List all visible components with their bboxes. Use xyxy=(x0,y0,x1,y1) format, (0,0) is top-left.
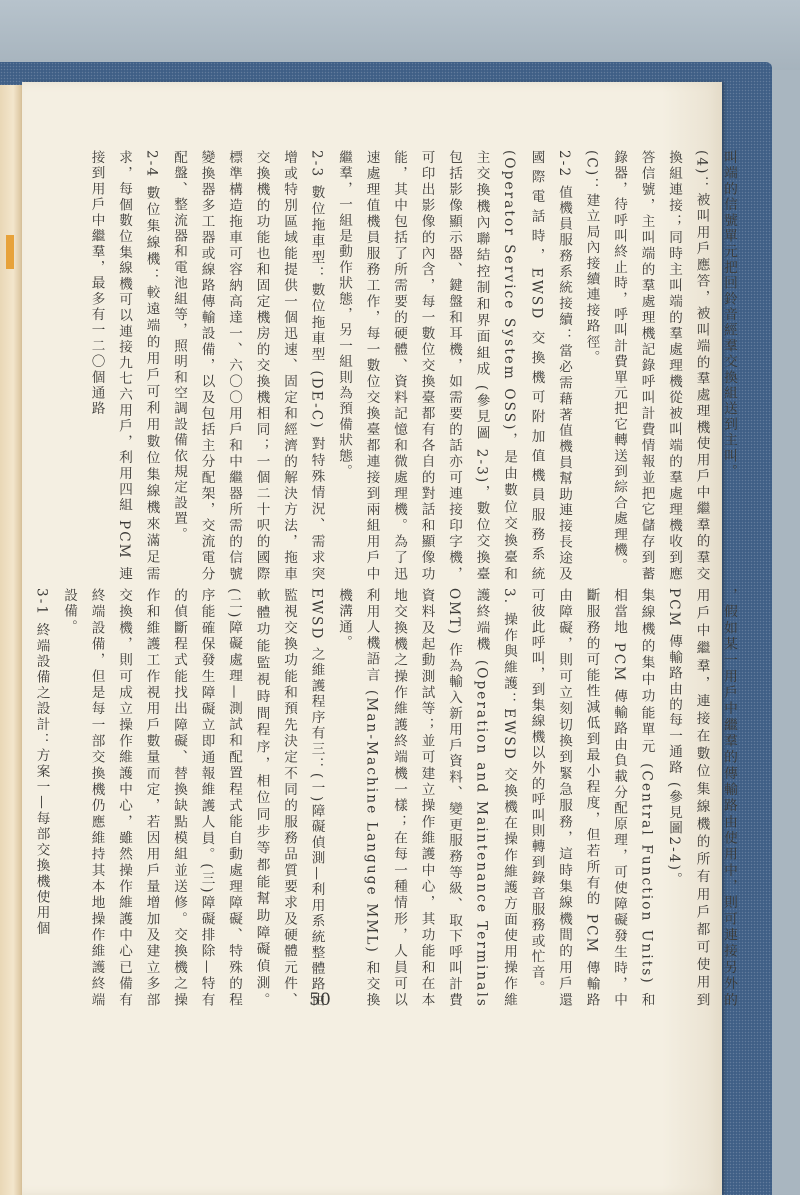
text-block-top: 叫端的信號單元把回鈴音經羣交換組送到主叫。 (4)：被叫用戶應答，被叫端的羣處理… xyxy=(82,150,742,582)
paragraph: 叫端的信號單元把回鈴音經羣交換組送到主叫。 xyxy=(715,150,743,582)
paragraph: 3. 操作與維護：EWSD 交換機在操作維護方面使用操作維護終端機 (Opera… xyxy=(330,588,523,1008)
paragraph: (C)：建立局內接續連接路徑。 xyxy=(577,150,605,582)
previous-page-edge xyxy=(0,85,23,1195)
background xyxy=(0,0,800,70)
text-block-bottom: ，假如某一用戶中繼羣的傳輸路由使用中，則可連接另外的用戶中繼羣，連接在數位集線機… xyxy=(27,588,742,1008)
paragraph: 2-3 數位拖車型：數位拖車型 (DE-C) 對特殊情況、需求突增或特別區域能提… xyxy=(165,150,330,582)
paragraph: 2-2 值機員服務系統接續：當必需藉著值機員幫助連接長途及國際電話時，EWSD … xyxy=(330,150,578,582)
paragraph: (4)：被叫用戶應答，被叫端的羣處理機使用戶中繼羣的羣交換組連接；同時主叫端的羣… xyxy=(605,150,715,582)
paragraph: EWSD 之維護程序有三：(一)障礙偵測—利用系統整體路由監視交換功能和預先決定… xyxy=(55,588,330,1008)
page-number: 50 xyxy=(300,990,340,1010)
paragraph: 2-4 數位集線機：較遠端的用戶可利用數位集線機來滿足需求，每個數位集線機可以連… xyxy=(82,150,165,582)
paragraph: 集線機的集中功能單元 (Central Function Units) 和相當地… xyxy=(522,588,660,1008)
page-tab-mark xyxy=(6,235,14,269)
paragraph: 3-1 終端設備之設計：方案一—每部交換機使用個 xyxy=(27,588,55,1008)
paragraph: ，假如某一用戶中繼羣的傳輸路由使用中，則可連接另外的用戶中繼羣，連接在數位集線機… xyxy=(660,588,743,1008)
